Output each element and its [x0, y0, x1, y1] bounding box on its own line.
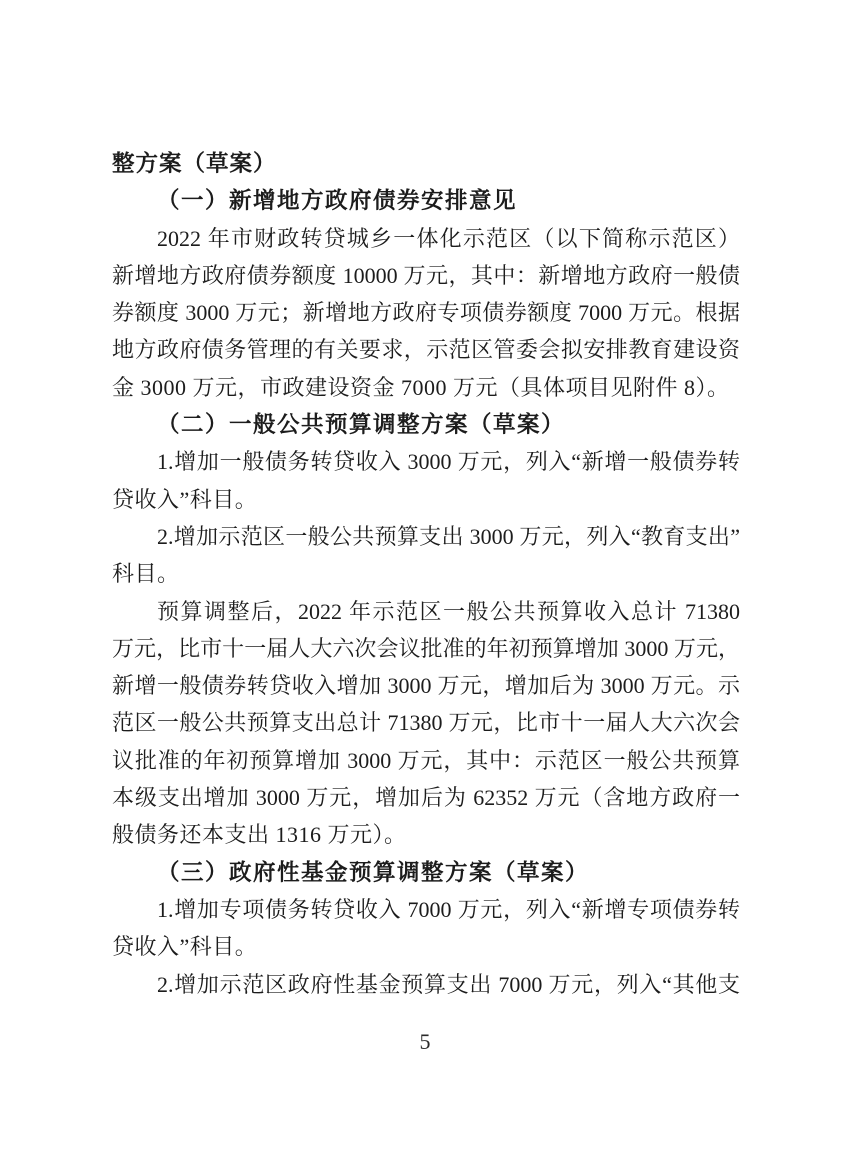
section-heading-line: （一）新增地方政府债券安排意见 — [112, 182, 740, 219]
text-line: 1.增加专项债务转贷收入 7000 万元，列入“新增专项债券转 — [112, 891, 740, 928]
text-line: 范区一般公共预算支出总计 71380 万元，比市十一届人大六次会 — [112, 704, 740, 741]
text-line: 贷收入”科目。 — [112, 481, 740, 518]
text-line: 议批准的年初预算增加 3000 万元，其中：示范区一般公共预算 — [112, 742, 740, 779]
title-line: 整方案（草案） — [112, 145, 740, 182]
text-line: 贷收入”科目。 — [112, 928, 740, 965]
text-line: 般债务还本支出 1316 万元）。 — [112, 816, 740, 853]
page-number: 5 — [0, 1026, 850, 1058]
section-heading-line: （二）一般公共预算调整方案（草案） — [112, 406, 740, 443]
text-line: 2.增加示范区一般公共预算支出 3000 万元，列入“教育支出” — [112, 518, 740, 555]
text-line: 新增地方政府债券额度 10000 万元，其中：新增地方政府一般债 — [112, 257, 740, 294]
text-line: 2022 年市财政转贷城乡一体化示范区（以下简称示范区） — [112, 220, 740, 257]
text-line: 地方政府债务管理的有关要求，示范区管委会拟安排教育建设资 — [112, 331, 740, 368]
text-line: 2.增加示范区政府性基金预算支出 7000 万元，列入“其他支 — [112, 966, 740, 1003]
document-body: 整方案（草案）（一）新增地方政府债券安排意见2022 年市财政转贷城乡一体化示范… — [112, 145, 740, 1003]
section-heading-line: （三）政府性基金预算调整方案（草案） — [112, 854, 740, 891]
document-page: 整方案（草案）（一）新增地方政府债券安排意见2022 年市财政转贷城乡一体化示范… — [0, 0, 850, 1150]
text-line: 本级支出增加 3000 万元，增加后为 62352 万元（含地方政府一 — [112, 779, 740, 816]
text-line: 新增一般债券转贷收入增加 3000 万元，增加后为 3000 万元。示 — [112, 667, 740, 704]
text-line: 万元，比市十一届人大六次会议批准的年初预算增加 3000 万元， — [112, 630, 740, 667]
text-line: 1.增加一般债务转贷收入 3000 万元，列入“新增一般债券转 — [112, 443, 740, 480]
text-line: 科目。 — [112, 555, 740, 592]
text-line: 金 3000 万元，市政建设资金 7000 万元（具体项目见附件 8）。 — [112, 369, 740, 406]
text-line: 券额度 3000 万元；新增地方政府专项债券额度 7000 万元。根据 — [112, 294, 740, 331]
text-line: 预算调整后，2022 年示范区一般公共预算收入总计 71380 — [112, 593, 740, 630]
